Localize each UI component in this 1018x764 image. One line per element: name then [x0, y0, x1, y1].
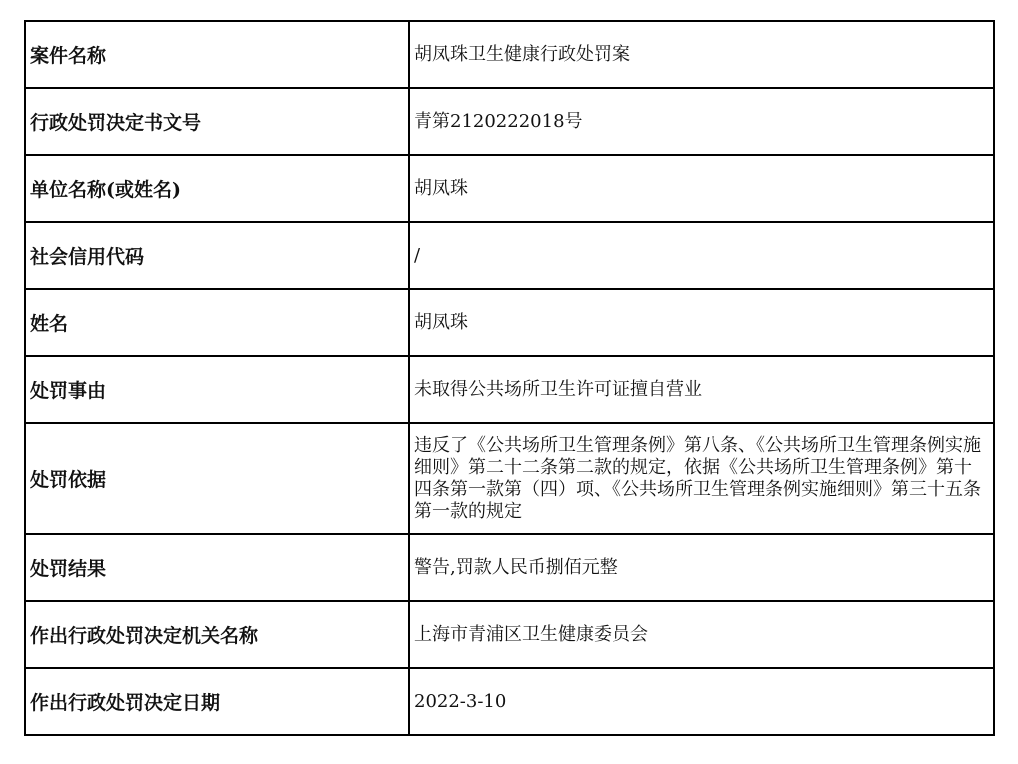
- table-row: 单位名称(或姓名) 胡凤珠: [25, 155, 994, 222]
- row-value: 违反了《公共场所卫生管理条例》第八条、《公共场所卫生管理条例实施细则》第二十二条…: [409, 423, 994, 534]
- row-value: 青第2120222018号: [409, 88, 994, 155]
- row-value: 胡凤珠: [409, 155, 994, 222]
- table-row: 处罚事由 未取得公共场所卫生许可证擅自营业: [25, 356, 994, 423]
- row-label: 社会信用代码: [25, 222, 409, 289]
- row-label: 处罚结果: [25, 534, 409, 601]
- table-row: 处罚结果 警告,罚款人民币捌佰元整: [25, 534, 994, 601]
- table-row: 处罚依据 违反了《公共场所卫生管理条例》第八条、《公共场所卫生管理条例实施细则》…: [25, 423, 994, 534]
- row-value: 上海市青浦区卫生健康委员会: [409, 601, 994, 668]
- row-label: 作出行政处罚决定日期: [25, 668, 409, 735]
- row-label: 处罚依据: [25, 423, 409, 534]
- table-row: 作出行政处罚决定机关名称 上海市青浦区卫生健康委员会: [25, 601, 994, 668]
- table-row: 姓名 胡凤珠: [25, 289, 994, 356]
- table-row: 社会信用代码 /: [25, 222, 994, 289]
- table-row: 行政处罚决定书文号 青第2120222018号: [25, 88, 994, 155]
- row-value: 胡凤珠: [409, 289, 994, 356]
- table-row: 案件名称 胡凤珠卫生健康行政处罚案: [25, 21, 994, 88]
- row-value: 胡凤珠卫生健康行政处罚案: [409, 21, 994, 88]
- row-label: 处罚事由: [25, 356, 409, 423]
- row-value: 未取得公共场所卫生许可证擅自营业: [409, 356, 994, 423]
- row-label: 行政处罚决定书文号: [25, 88, 409, 155]
- row-label: 姓名: [25, 289, 409, 356]
- row-value: 2022-3-10: [409, 668, 994, 735]
- penalty-info-table: 案件名称 胡凤珠卫生健康行政处罚案 行政处罚决定书文号 青第2120222018…: [24, 20, 995, 736]
- row-value: /: [409, 222, 994, 289]
- row-label: 案件名称: [25, 21, 409, 88]
- row-label: 作出行政处罚决定机关名称: [25, 601, 409, 668]
- table-row: 作出行政处罚决定日期 2022-3-10: [25, 668, 994, 735]
- row-label: 单位名称(或姓名): [25, 155, 409, 222]
- row-value: 警告,罚款人民币捌佰元整: [409, 534, 994, 601]
